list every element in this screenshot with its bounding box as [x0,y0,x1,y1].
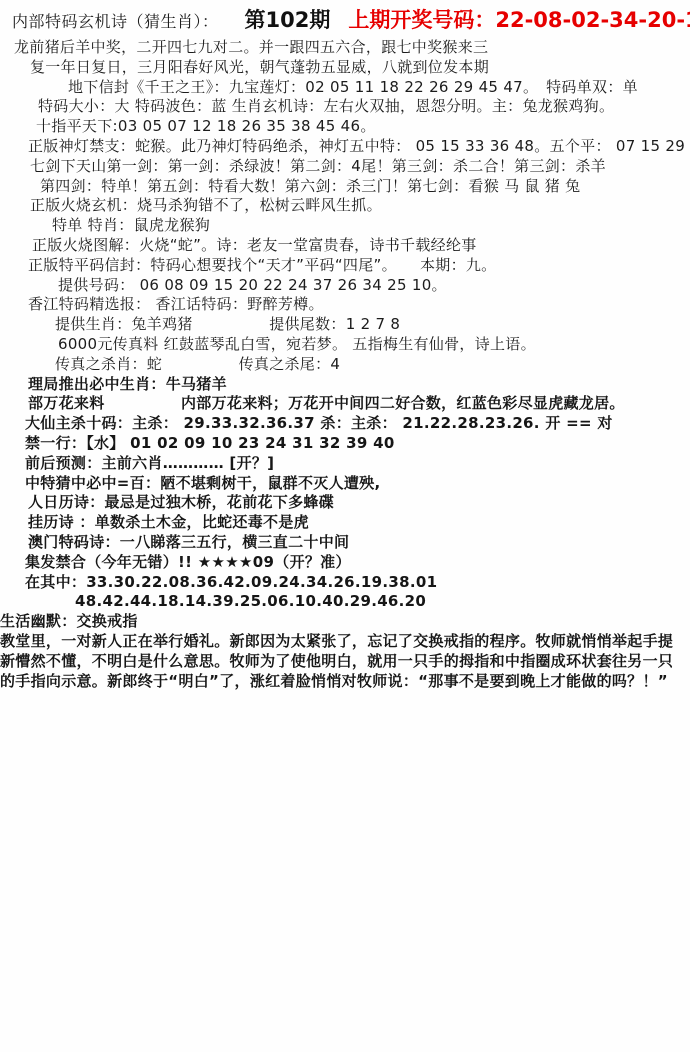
text-line: 正版火烧玄机：烧马杀狗错不了，松树云畔风生抓。 [0,196,690,216]
content-lines: 龙前猪后羊中奖，二开四七九对二。并一跟四五六合，跟七中奖猴来三复一年日复日，三月… [0,38,690,691]
header-line: 内部特码玄机诗（猜生肖）： 第102期 上期开奖号码：22-08-02-34-2… [0,0,690,36]
text-line: 特码大小：大 特码波色：蓝 生肖玄机诗：左右火双抽，恩怨分明。主：兔龙猴鸡狗。 [0,97,690,117]
text-line: 龙前猪后羊中奖，二开四七九对二。并一跟四五六合，跟七中奖猴来三 [0,38,690,58]
text-line: 集发禁合（今年无错）!! ★★★★09（开？准） [0,553,690,573]
text-line: 禁一行：【水】 01 02 09 10 23 24 31 32 39 40 [0,434,690,454]
text-line: 复一年日复日，三月阳春好风光，朝气蓬勃五显威，八就到位发本期 [0,58,690,78]
text-line: 中特猜中必中=百：陋不堪剩树干，鼠群不灭人遭殃, [0,474,690,494]
text-line: 48.42.44.18.14.39.25.06.10.40.29.46.20 [0,592,690,612]
text-line: 正版神灯禁支：蛇猴。此乃神灯特码绝杀，神灯五中特： 05 15 33 36 48… [0,137,690,157]
text-line: 在其中：33.30.22.08.36.42.09.24.34.26.19.38.… [0,573,690,593]
text-line: 十指平天下:03 05 07 12 18 26 35 38 45 46。 [0,117,690,137]
text-line: 正版火烧图解：火烧“蛇”。诗：老友一堂富贵春，诗书千载经纶事 [0,236,690,256]
text-line: 新懵然不懂，不明白是什么意思。牧师为了使他明白，就用一只手的拇指和中指圈成环状套… [0,652,690,672]
last-draw-numbers: 上期开奖号码：22-08-02-34-20-12+39 [348,4,690,34]
text-line: 生活幽默：交换戒指 [0,612,690,632]
text-line: 特单 特肖：鼠虎龙猴狗 [0,216,690,236]
text-line: 人日历诗：最忌是过独木桥，花前花下多蜂碟 [0,493,690,513]
sheet-title: 内部特码玄机诗（猜生肖）： [12,9,219,32]
text-line: 前后预测：主前六肖………… [开？] [0,454,690,474]
text-line: 提供生肖：兔羊鸡猪 提供尾数：1 2 7 8 [0,315,690,335]
text-line: 地下信封《千王之王》：九宝莲灯：02 05 11 18 22 26 29 45 … [0,78,690,98]
text-line: 理局推出必中生肖：牛马猪羊 [0,375,690,395]
issue-number: 第102期 [245,4,331,34]
text-line: 提供号码： 06 08 09 15 20 22 24 37 26 34 25 1… [0,276,690,296]
text-line: 七剑下天山第一剑：第一剑：杀绿波！第二剑：4尾！第三剑：杀二合！第三剑：杀羊 [0,157,690,177]
text-line: 第四剑：特单！第五剑：特看大数！第六剑：杀三门！第七剑：看猴 马 鼠 猪 兔 [0,177,690,197]
text-line: 的手指向示意。新郎终于“明白”了，涨红着脸悄悄对牧师说：“那事不是要到晚上才能做… [0,672,690,692]
text-line: 传真之杀肖：蛇 传真之杀尾：4 [0,355,690,375]
text-line: 6000元传真料 红鼓蓝琴乱白雪，宛若梦。 五指梅生有仙骨，诗上语。 [0,335,690,355]
text-line: 教堂里，一对新人正在举行婚礼。新郎因为太紧张了，忘记了交换戒指的程序。牧师就悄悄… [0,632,690,652]
text-line: 香江特码精选报： 香江话特码：野醉芳樽。 [0,295,690,315]
text-line: 澳门特码诗：一八睇落三五行，横三直二十中间 [0,533,690,553]
text-line: 部万花来料 内部万花来料；万花开中间四二好合数，红蓝色彩尽显虎藏龙居。 [0,394,690,414]
lottery-tip-sheet: 内部特码玄机诗（猜生肖）： 第102期 上期开奖号码：22-08-02-34-2… [0,0,690,1052]
text-line: 正版特平码信封：特码心想要找个“天才”平码“四尾”。 本期：九。 [0,256,690,276]
text-line: 大仙主杀十码：主杀： 29.33.32.36.37 杀：主杀： 21.22.28… [0,414,690,434]
text-line: 挂历诗 ：单数杀土木金，比蛇还毒不是虎 [0,513,690,533]
